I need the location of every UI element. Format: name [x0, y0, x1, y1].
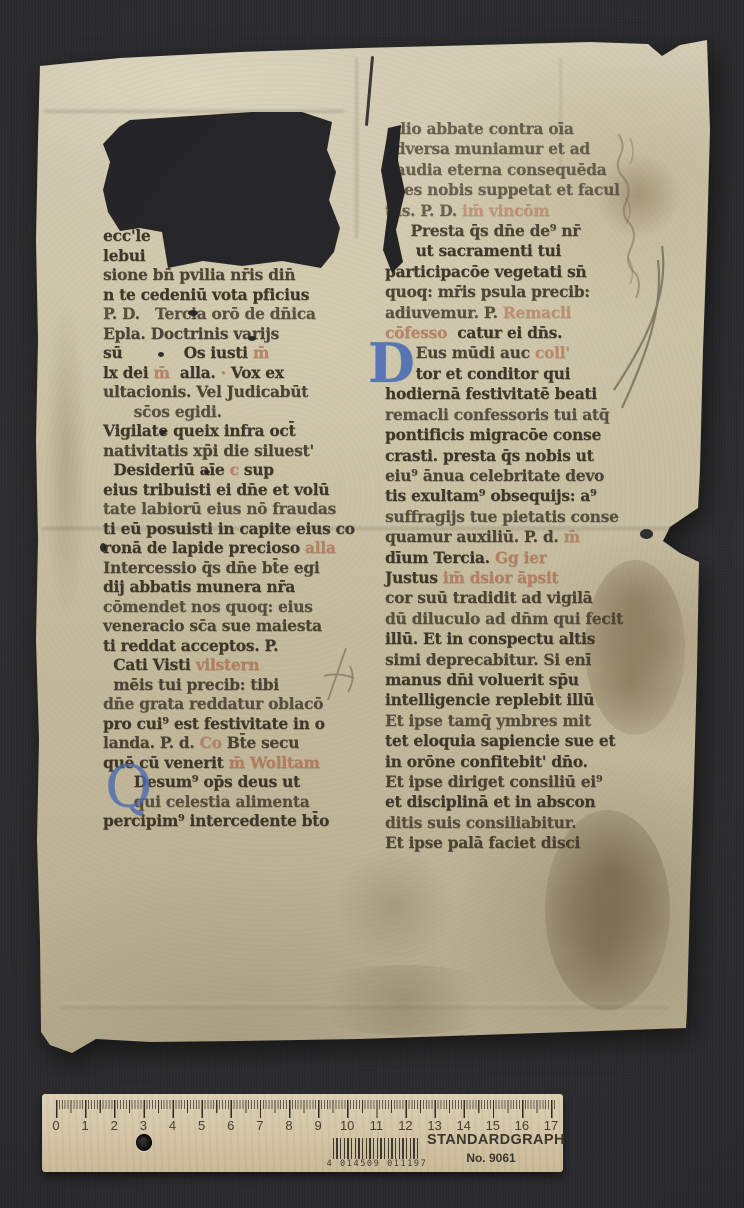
- manuscript-line: quamur auxiliū. P. d. m̄: [385, 527, 635, 547]
- manuscript-line: dio abbate contra oīa: [385, 119, 635, 139]
- text-segment: m̄ Wolltam: [229, 753, 320, 772]
- stain: [330, 850, 460, 960]
- decorated-initial-q: Q: [105, 758, 153, 816]
- manuscript-line: dn̄e grata reddatur oblacō: [103, 694, 355, 714]
- text-segment: veneracio sc̄a sue maiesta: [103, 616, 322, 635]
- text-segment: sup: [244, 460, 274, 479]
- ruler-number: 12: [398, 1118, 412, 1133]
- manuscript-line: suffragijs tue pietatis conse: [385, 507, 635, 527]
- text-segment: adversa muniamur et ad: [385, 139, 590, 158]
- manuscript-line: intelligencie replebit illū: [385, 690, 635, 710]
- text-segment: suffragijs tue pietatis conse: [385, 507, 619, 526]
- ruler-number: 9: [314, 1118, 321, 1133]
- manuscript-line: dīum Tercia. Gg ier: [385, 548, 635, 568]
- manuscript-line: crasti. presta q̄s nobis ut: [385, 446, 635, 466]
- text-segment: sc̄os egidi.: [103, 402, 222, 421]
- text-segment: [122, 343, 183, 362]
- text-segment: ·: [221, 363, 231, 382]
- ruler-number: 17: [544, 1118, 558, 1133]
- manuscript-line: landa. P. d. Co Bt̄e secu: [103, 733, 355, 753]
- text-segment: Cati Visti: [103, 655, 196, 674]
- ruler: 01234567891011121314151617 4 014509 0111…: [42, 1094, 563, 1172]
- manuscript-line: tas. P. D. im̄ vincōm: [385, 201, 635, 221]
- ruler-number: 13: [427, 1118, 441, 1133]
- manuscript-line: sc̄os egidi.: [103, 402, 355, 422]
- text-segment: Justus: [385, 568, 443, 587]
- text-segment: ronā de lapide precioso: [103, 538, 305, 557]
- manuscript-line: in orōne confitebit' dn̄o.: [385, 752, 635, 772]
- manuscript-line: cōmendet nos quoq: eius: [103, 597, 355, 617]
- text-segment: vilstern: [196, 655, 260, 674]
- parchment-loss: [204, 470, 210, 474]
- text-segment: gaudia eterna consequēda: [385, 160, 606, 179]
- ruler-number: 15: [486, 1118, 500, 1133]
- text-segment: m̄: [564, 527, 580, 546]
- text-segment: eius tribuisti ei dn̄e et volū: [103, 480, 329, 499]
- text-segment: n te cedeniū vota pficius: [103, 285, 309, 304]
- text-segment: dij abbatis munera nr̄a: [103, 577, 295, 596]
- decorated-initial-d: D: [368, 336, 415, 390]
- manuscript-line: ut sacramenti tui: [385, 241, 635, 261]
- text-segment: coll': [535, 343, 570, 362]
- manuscript-line: remacli confessoris tui atq̄: [385, 405, 635, 425]
- text-segment: nativitatis xp̄i die siluest': [103, 441, 314, 460]
- manuscript-line: Epla. Doctrinis varijs: [103, 324, 355, 344]
- text-segment: adiuvemur. P.: [385, 303, 503, 322]
- manuscript-line: gaudia eterna consequēda: [385, 160, 635, 180]
- ruler-number: 4: [169, 1118, 176, 1133]
- text-segment: m̄: [253, 343, 269, 362]
- manuscript-line: ti reddat acceptos. P.: [103, 636, 355, 656]
- text-segment: tet eloquia sapiencie sue et: [385, 731, 615, 750]
- text-segment: dn̄e grata reddatur oblacō: [103, 694, 323, 713]
- manuscript-line: sione bn̄ pvilia nr̄is din̄: [103, 265, 355, 285]
- text-segment: remacli confessoris tui atq̄: [385, 405, 609, 424]
- parchment-loss: [100, 543, 106, 552]
- manuscript-line: Cati Visti vilstern: [103, 655, 355, 675]
- manuscript-line: hodiernā festivitatē beati: [385, 384, 635, 404]
- text-segment: manus dn̄i voluerit sp̄u: [385, 670, 579, 689]
- text-segment: Bt̄e secu: [227, 733, 299, 752]
- manuscript-line: pontificis migracōe conse: [385, 425, 635, 445]
- text-segment: landa. P. d.: [103, 733, 200, 752]
- text-segment: ut sacramenti tui: [385, 241, 561, 260]
- text-segment: dīum Tercia.: [385, 548, 495, 567]
- text-segment: intelligencie replebit illū: [385, 690, 594, 709]
- text-segment: hodiernā festivitatē beati: [385, 384, 597, 403]
- text-segment: m̄: [153, 363, 174, 382]
- ruler-number: 11: [370, 1118, 384, 1133]
- text-segment: lx dei: [103, 363, 153, 382]
- text-segment: illū. Et in conspectu altis: [385, 629, 595, 648]
- manuscript-line: adiuvemur. P. Remacli: [385, 303, 635, 323]
- text-segment: spes nobis suppetat et facul: [385, 180, 620, 199]
- manuscript-line: nativitatis xp̄i die siluest': [103, 441, 355, 461]
- text-segment: dio abbate contra oīa: [385, 119, 574, 138]
- manuscript-line: simi deprecabitur. Si enī: [385, 650, 635, 670]
- ruler-number: 5: [198, 1118, 205, 1133]
- manuscript-line: dij abbatis munera nr̄a: [103, 577, 355, 597]
- ruler-brand-name: STANDARDGRAPH: [427, 1132, 555, 1148]
- text-segment: ditis suis consiliabitur.: [385, 813, 576, 832]
- parchment-loss: [160, 430, 166, 435]
- text-segment: sione bn̄ pvilia nr̄is din̄: [103, 265, 295, 284]
- manuscript-line: sū Os iusti m̄: [103, 343, 355, 363]
- manuscript-line: mēis tui precib: tibi: [103, 675, 355, 695]
- text-segment: et disciplinā et in abscon: [385, 792, 595, 811]
- ruler-hang-hole: [136, 1134, 152, 1151]
- manuscript-line: Intercessio q̄s dn̄e bt̄e egi: [103, 558, 355, 578]
- manuscript-line: Justus im̄ dsior āpsit: [385, 568, 635, 588]
- parchment-loss: [188, 310, 198, 316]
- manuscript-line: adversa muniamur et ad: [385, 139, 635, 159]
- manuscript-line: ronā de lapide precioso alla: [103, 538, 355, 558]
- text-segment: Vox ex: [231, 363, 284, 382]
- ruler-number: 16: [515, 1118, 529, 1133]
- ruler-number: 7: [256, 1118, 263, 1133]
- manuscript-line: Eus mūdi auc coll': [385, 343, 635, 363]
- text-segment: Remacli: [503, 303, 571, 322]
- text-segment: Co: [200, 733, 227, 752]
- manuscript-line: ti eū posuisti in capite eius co: [103, 519, 355, 539]
- manuscript-line: n te cedeniū vota pficius: [103, 285, 355, 305]
- parchment-loss: [640, 529, 653, 539]
- text-segment: sū: [103, 343, 122, 362]
- manuscript-line: et disciplinā et in abscon: [385, 792, 635, 812]
- stain: [300, 965, 510, 1035]
- manuscript-line: tate labiorū eius nō fraudas: [103, 499, 355, 519]
- manuscript-line: illū. Et in conspectu altis: [385, 629, 635, 649]
- manuscript-line: cor suū tradidit ad vigilā: [385, 588, 635, 608]
- ruler-number: 14: [456, 1118, 470, 1133]
- ruler-brand-block: STANDARDGRAPH No. 9061: [427, 1132, 555, 1165]
- ruler-ticks: [56, 1100, 557, 1120]
- manuscript-line: Et ipse palā faciet disci: [385, 833, 635, 853]
- text-column-right: dio abbate contra oīaadversa muniamur e…: [385, 119, 635, 854]
- text-segment: cor suū tradidit ad vigilā: [385, 588, 592, 607]
- ruler-number: 0: [52, 1118, 59, 1133]
- text-segment: Et ipse tamq̄ ymbres mit: [385, 711, 591, 730]
- text-segment: simi deprecabitur. Si enī: [385, 650, 591, 669]
- text-segment: Et ipse diriget consiliū ei⁹: [385, 772, 602, 791]
- manuscript-line: veneracio sc̄a sue maiesta: [103, 616, 355, 636]
- tear-crack: [365, 56, 374, 126]
- barcode: [333, 1138, 421, 1159]
- photo-stage: ecc'lelebuisione bn̄ pvilia nr̄is din̄n …: [0, 0, 744, 1208]
- text-segment: Desideriū aīe: [103, 460, 230, 479]
- text-segment: ti reddat acceptos. P.: [103, 636, 278, 655]
- ruler-number: 6: [227, 1118, 234, 1133]
- fold-crease-lower: [60, 1002, 670, 1009]
- text-segment: Et ipse palā faciet disci: [385, 833, 580, 852]
- text-segment: tate labiorū eius nō fraudas: [103, 499, 336, 518]
- text-segment: im̄ dsior āpsit: [443, 568, 559, 587]
- text-segment: Vigilate queix infra oct̄: [103, 421, 295, 440]
- text-segment: ti eū posuisti in capite eius co: [103, 519, 355, 538]
- manuscript-line: dū diluculo ad dn̄m qui fecit: [385, 609, 635, 629]
- fold-crease-top: [44, 106, 344, 113]
- manuscript-line: tet eloquia sapiencie sue et: [385, 731, 635, 751]
- text-segment: mēis tui precib: tibi: [103, 675, 279, 694]
- manuscript-line: Et ipse tamq̄ ymbres mit: [385, 711, 635, 731]
- text-segment: lebui: [103, 246, 145, 265]
- manuscript-line: Et ipse diriget consiliū ei⁹: [385, 772, 635, 792]
- text-segment: P. D.: [103, 304, 155, 323]
- text-segment: alla.: [175, 363, 221, 382]
- text-segment: dū diluculo ad dn̄m qui fecit: [385, 609, 623, 628]
- text-segment: quoq: mr̄is psula precib:: [385, 282, 590, 301]
- manuscript-line: lx dei m̄ alla. · Vox ex: [103, 363, 355, 383]
- text-segment: Presta q̄s dn̄e de⁹ nr̄: [385, 221, 580, 240]
- manuscript-line: participacōe vegetati sn̄: [385, 262, 635, 282]
- text-segment: ultacionis. Vel Judicabūt: [103, 382, 308, 401]
- text-segment: participacōe vegetati sn̄: [385, 262, 586, 281]
- manuscript-line: Desideriū aīe c sup: [103, 460, 355, 480]
- text-segment: crasti. presta q̄s nobis ut: [385, 446, 593, 465]
- ruler-number: 3: [140, 1118, 147, 1133]
- text-segment: Gg ier: [495, 548, 547, 567]
- text-segment: catur ei dn̄s.: [452, 323, 562, 342]
- ruler-number: 2: [111, 1118, 118, 1133]
- manuscript-line: Presta q̄s dn̄e de⁹ nr̄: [385, 221, 635, 241]
- parchment-loss: [158, 352, 164, 357]
- ruler-number: 8: [285, 1118, 292, 1133]
- ruler-number: 10: [340, 1118, 354, 1133]
- text-segment: im̄ vincōm: [462, 201, 549, 220]
- text-segment: alla: [305, 538, 336, 557]
- manuscript-line: cōfesso catur ei dn̄s.: [385, 323, 635, 343]
- stain: [44, 300, 88, 620]
- manuscript-line: Vigilate queix infra oct̄: [103, 421, 355, 441]
- manuscript-line: quoq: mr̄is psula precib:: [385, 282, 635, 302]
- manuscript-line: pro cui⁹ est festivitate in o: [103, 714, 355, 734]
- text-column-left: ecc'lelebuisione bn̄ pvilia nr̄is din̄n …: [103, 226, 355, 831]
- manuscript-line: spes nobis suppetat et facul: [385, 180, 635, 200]
- ruler-number: 1: [81, 1118, 88, 1133]
- text-segment: pontificis migracōe conse: [385, 425, 601, 444]
- text-segment: cōmendet nos quoq: eius: [103, 597, 313, 616]
- text-segment: Intercessio q̄s dn̄e bt̄e egi: [103, 558, 319, 577]
- text-segment: in orōne confitebit' dn̄o.: [385, 752, 588, 771]
- manuscript-line: tor et conditor qui: [385, 364, 635, 384]
- manuscript-line: eiu⁹ ānua celebritate devo: [385, 466, 635, 486]
- text-segment: eiu⁹ ānua celebritate devo: [385, 466, 604, 485]
- manuscript-line: manus dn̄i voluerit sp̄u: [385, 670, 635, 690]
- parchment-loss: [248, 336, 256, 341]
- text-segment: quamur auxiliū. P. d.: [385, 527, 564, 546]
- text-segment: Tercia orō de dn̄ica: [155, 304, 316, 323]
- manuscript-line: tis exultam⁹ obsequijs: a⁹: [385, 486, 635, 506]
- fold-crease-center: [352, 58, 358, 238]
- text-segment: tis exultam⁹ obsequijs: a⁹: [385, 486, 596, 505]
- manuscript-line: ultacionis. Vel Judicabūt: [103, 382, 355, 402]
- manuscript-line: eius tribuisti ei dn̄e et volū: [103, 480, 355, 500]
- text-segment: c: [230, 460, 244, 479]
- barcode-digits: 4 014509 011197: [325, 1159, 429, 1169]
- text-segment: pro cui⁹ est festivitate in o: [103, 714, 325, 733]
- manuscript-line: ditis suis consiliabitur.: [385, 813, 635, 833]
- ruler-model-number: No. 9061: [427, 1151, 555, 1165]
- manuscript-line: P. D. Tercia orō de dn̄ica: [103, 304, 355, 324]
- text-segment: Os iusti: [184, 343, 253, 362]
